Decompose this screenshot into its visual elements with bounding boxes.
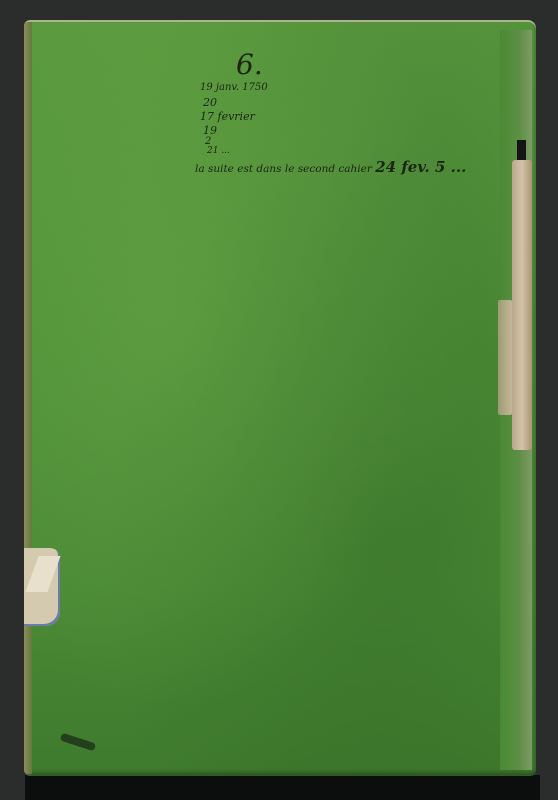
volume-number: 6.	[236, 48, 263, 81]
date-line-1: 19 janv. 1750	[200, 82, 268, 93]
note-date: 24 fev. 5 ...	[375, 158, 466, 176]
green-cover	[24, 20, 536, 776]
date-line-6: 21 ...	[207, 146, 230, 156]
date-line-2: 20	[203, 96, 217, 109]
dark-slot	[517, 140, 526, 160]
paper-strip-inner	[498, 300, 512, 415]
bottom-shadow	[25, 775, 540, 800]
paper-strip	[512, 160, 532, 450]
date-line-3: 17 fevrier	[200, 110, 255, 123]
spine-edge	[24, 22, 32, 774]
note-text: la suite est dans le second cahier	[195, 163, 372, 175]
continuation-note: la suite est dans le second cahier 24 fe…	[195, 158, 466, 176]
